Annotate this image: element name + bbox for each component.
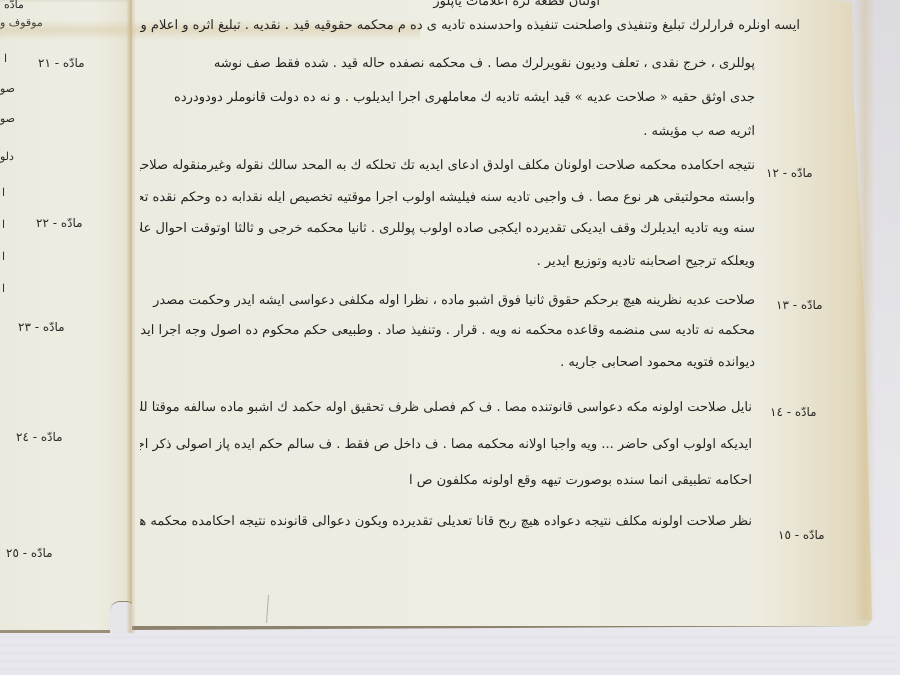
left-page-text-fragment: صو (0, 112, 15, 125)
article-label-12: مادّه - ١٢ (766, 166, 813, 180)
handwritten-line: پوللرى ، خرج نقدى ، تعلف وديون نقويرلرك … (140, 56, 755, 71)
left-page-text-fragment: ا (4, 52, 7, 65)
handwritten-line: صلاحت عديه نظرينه هيچ برحكم حقوق ثانيا ف… (140, 293, 755, 308)
handwritten-line: احكامه تطبيقى انما سنده بوصورت تيهه وقع … (410, 473, 752, 488)
handwritten-line: ايديكه اولوب اوكى حاضر ... ويه واجبا اول… (140, 437, 752, 452)
handwritten-line: اثريه صه ب مؤيشه . (450, 124, 755, 139)
article-label-24: مادّه - ٢٤ (16, 430, 63, 444)
handwritten-line: نتيجه احكامده محكمه صلاحت اولونان مكلف ا… (140, 158, 755, 173)
article-label-25: مادّه - ٢٥ (6, 546, 53, 560)
handwritten-line: نظر صلاحت اولونه مكلف نتيجه دعواده هيچ ر… (140, 514, 752, 529)
handwritten-line: ويعلكه ترجيح اصحابنه تأديه وتوزيع ايدير … (470, 254, 755, 269)
handwritten-line: ديوانده فتويه محمود اصحابى جاريه . (545, 355, 755, 370)
handwritten-line: ايسه اونلره فرارلرك تبليغ وتنفيذى واصلحن… (140, 18, 800, 33)
article-label-23: مادّه - ٢٣ (18, 320, 65, 334)
article-label-21: مادّه - ٢١ (38, 56, 85, 70)
handwritten-line: سنه ويه تأديه ايديلرك وقف ايديكى تقديرده… (140, 221, 755, 236)
handwritten-line: جدى اوثق حقيه « صلاحت عديه » قيد ايشه تأ… (140, 90, 755, 105)
handwritten-line: محكمه نه تأديه سى منضمه وقاعده محكمه نه … (140, 323, 755, 338)
left-page-text-fragment: ا (2, 218, 5, 231)
left-page-text-fragment: ا (2, 282, 5, 295)
handwritten-line: اولنان قطعه لره اعلامات ياپلور (200, 0, 600, 9)
left-page-text-fragment: مادّه (4, 0, 24, 11)
handwritten-line: نايل صلاحت اولونه مكه دعواسى قانوتنده مص… (140, 400, 752, 415)
page-fold-crease (126, 0, 136, 633)
edge-stain (855, 0, 875, 620)
article-label-13: مادّه - ١٣ (776, 298, 823, 312)
left-page-text-fragment: صو (0, 82, 15, 95)
left-page-text-fragment: ا (2, 186, 5, 199)
article-label-22: مادّه - ٢٢ (36, 216, 83, 230)
left-page: مادّه موقوف و ا صو صو دلو ا ا ا ا مادّه … (0, 0, 132, 633)
article-label-14: مادّه - ١٤ (770, 405, 817, 419)
background-texture (0, 630, 900, 675)
handwritten-line: وابسته محولتيقى هر نوع مصا . ف واجبى تأد… (140, 190, 755, 205)
left-page-text-fragment: ا (2, 250, 5, 263)
left-page-text-fragment: دلو (0, 150, 14, 163)
article-label-15: مادّه - ١٥ (778, 528, 825, 542)
